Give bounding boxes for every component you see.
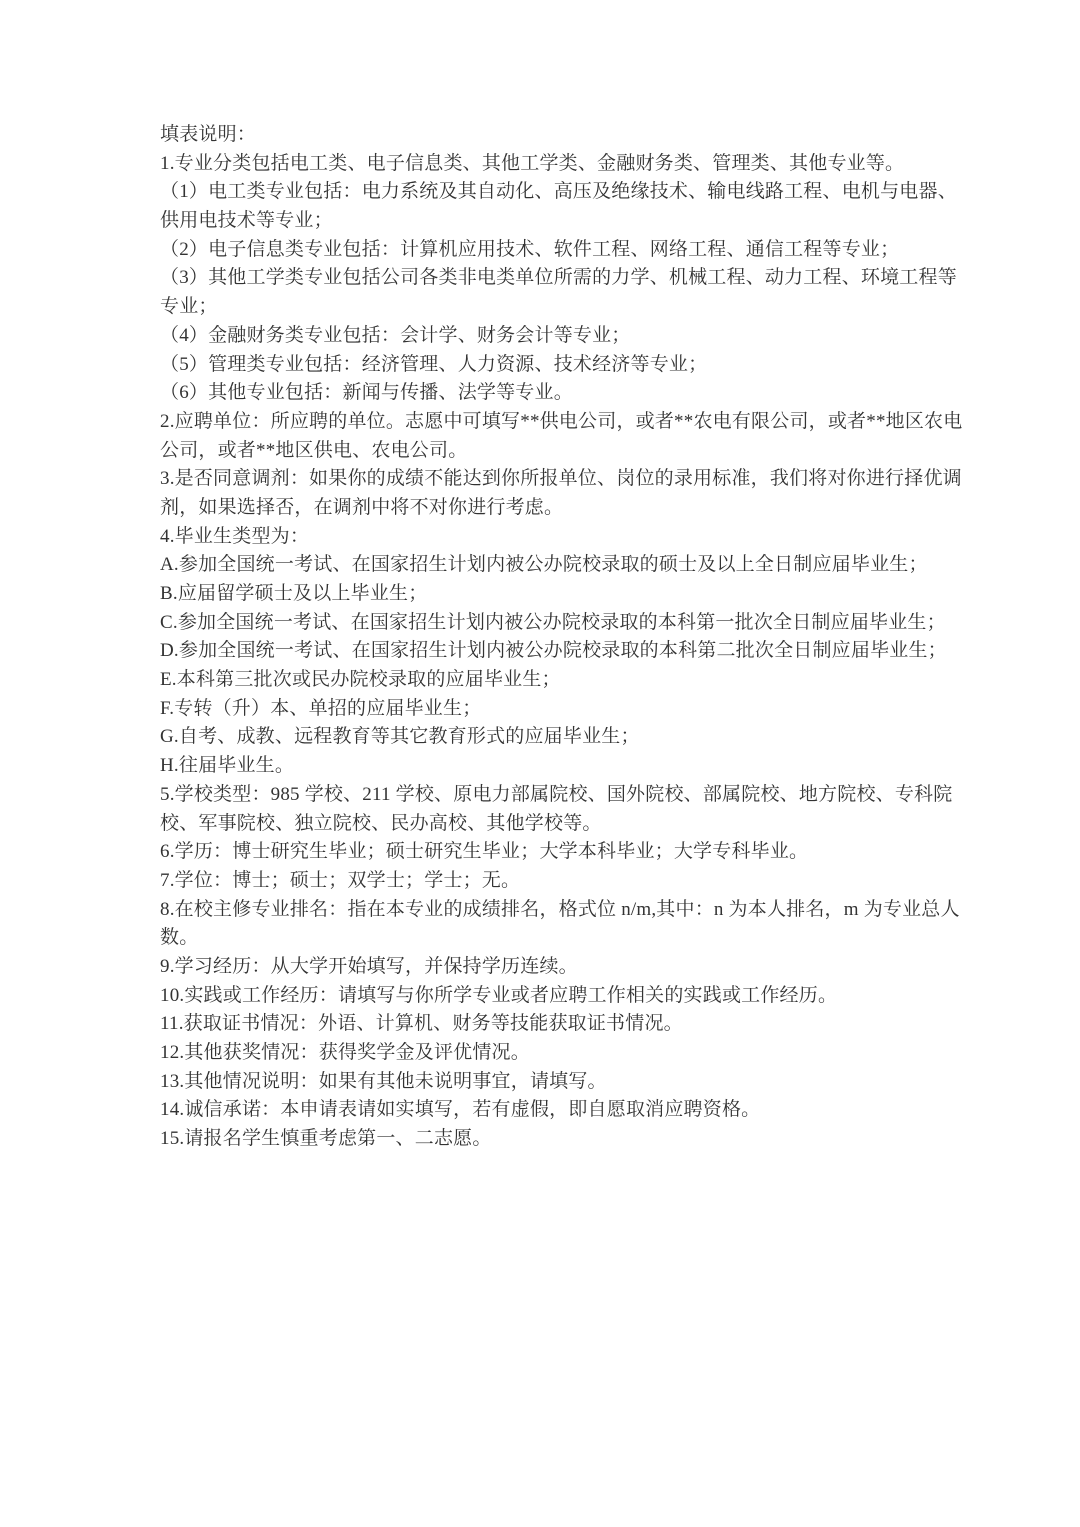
doc-line: 校、军事院校、独立院校、民办高校、其他学校等。 <box>160 810 980 839</box>
doc-line: （2）电子信息类专业包括：计算机应用技术、软件工程、网络工程、通信工程等专业； <box>160 236 980 265</box>
doc-line: 10.实践或工作经历：请填写与你所学专业或者应聘工作相关的实践或工作经历。 <box>160 982 980 1011</box>
doc-line: 1.专业分类包括电工类、电子信息类、其他工学类、金融财务类、管理类、其他专业等。 <box>160 150 980 179</box>
doc-line: 3.是否同意调剂：如果你的成绩不能达到你所报单位、岗位的录用标准，我们将对你进行… <box>160 465 980 494</box>
doc-line: （6）其他专业包括：新闻与传播、法学等专业。 <box>160 379 980 408</box>
doc-line: B.应届留学硕士及以上毕业生； <box>160 580 980 609</box>
doc-line: 5.学校类型：985 学校、211 学校、原电力部属院校、国外院校、部属院校、地… <box>160 781 980 810</box>
doc-line: F.专转（升）本、单招的应届毕业生； <box>160 695 980 724</box>
doc-line: E.本科第三批次或民办院校录取的应届毕业生； <box>160 666 980 695</box>
doc-line: （3）其他工学类专业包括公司各类非电类单位所需的力学、机械工程、动力工程、环境工… <box>160 264 980 293</box>
doc-line: 2.应聘单位：所应聘的单位。志愿中可填写**供电公司，或者**农电有限公司，或者… <box>160 408 980 437</box>
doc-line: D.参加全国统一考试、在国家招生计划内被公办院校录取的本科第二批次全日制应届毕业… <box>160 637 980 666</box>
doc-line: 6.学历：博士研究生毕业；硕士研究生毕业；大学本科毕业；大学专科毕业。 <box>160 838 980 867</box>
doc-line: 8.在校主修专业排名：指在本专业的成绩排名，格式位 n/m,其中：n 为本人排名… <box>160 896 980 925</box>
doc-line: 11.获取证书情况：外语、计算机、财务等技能获取证书情况。 <box>160 1010 980 1039</box>
form-instructions-text: 填表说明： 1.专业分类包括电工类、电子信息类、其他工学类、金融财务类、管理类、… <box>160 121 980 1154</box>
doc-line: 专业； <box>160 293 980 322</box>
doc-line: 4.毕业生类型为： <box>160 523 980 552</box>
doc-line: C.参加全国统一考试、在国家招生计划内被公办院校录取的本科第一批次全日制应届毕业… <box>160 609 980 638</box>
doc-line: 14.诚信承诺：本申请表请如实填写，若有虚假，即自愿取消应聘资格。 <box>160 1096 980 1125</box>
doc-line: 9.学习经历：从大学开始填写，并保持学历连续。 <box>160 953 980 982</box>
doc-line: 公司，或者**地区供电、农电公司。 <box>160 437 980 466</box>
doc-line: 7.学位：博士；硕士；双学士；学士；无。 <box>160 867 980 896</box>
doc-line: G.自考、成教、远程教育等其它教育形式的应届毕业生； <box>160 723 980 752</box>
doc-heading: 填表说明： <box>160 121 980 150</box>
doc-line: （4）金融财务类专业包括：会计学、财务会计等专业； <box>160 322 980 351</box>
doc-line: （5）管理类专业包括：经济管理、人力资源、技术经济等专业； <box>160 351 980 380</box>
doc-line: H.往届毕业生。 <box>160 752 980 781</box>
doc-line: 数。 <box>160 924 980 953</box>
doc-line: 12.其他获奖情况：获得奖学金及评优情况。 <box>160 1039 980 1068</box>
document-page: 填表说明： 1.专业分类包括电工类、电子信息类、其他工学类、金融财务类、管理类、… <box>0 0 1080 1527</box>
doc-line: 13.其他情况说明：如果有其他未说明事宜，请填写。 <box>160 1068 980 1097</box>
doc-line: 15.请报名学生慎重考虑第一、二志愿。 <box>160 1125 980 1154</box>
doc-line: 供用电技术等专业； <box>160 207 980 236</box>
doc-line: A.参加全国统一考试、在国家招生计划内被公办院校录取的硕士及以上全日制应届毕业生… <box>160 551 980 580</box>
doc-line: （1）电工类专业包括：电力系统及其自动化、高压及绝缘技术、输电线路工程、电机与电… <box>160 178 980 207</box>
doc-line: 剂，如果选择否，在调剂中将不对你进行考虑。 <box>160 494 980 523</box>
